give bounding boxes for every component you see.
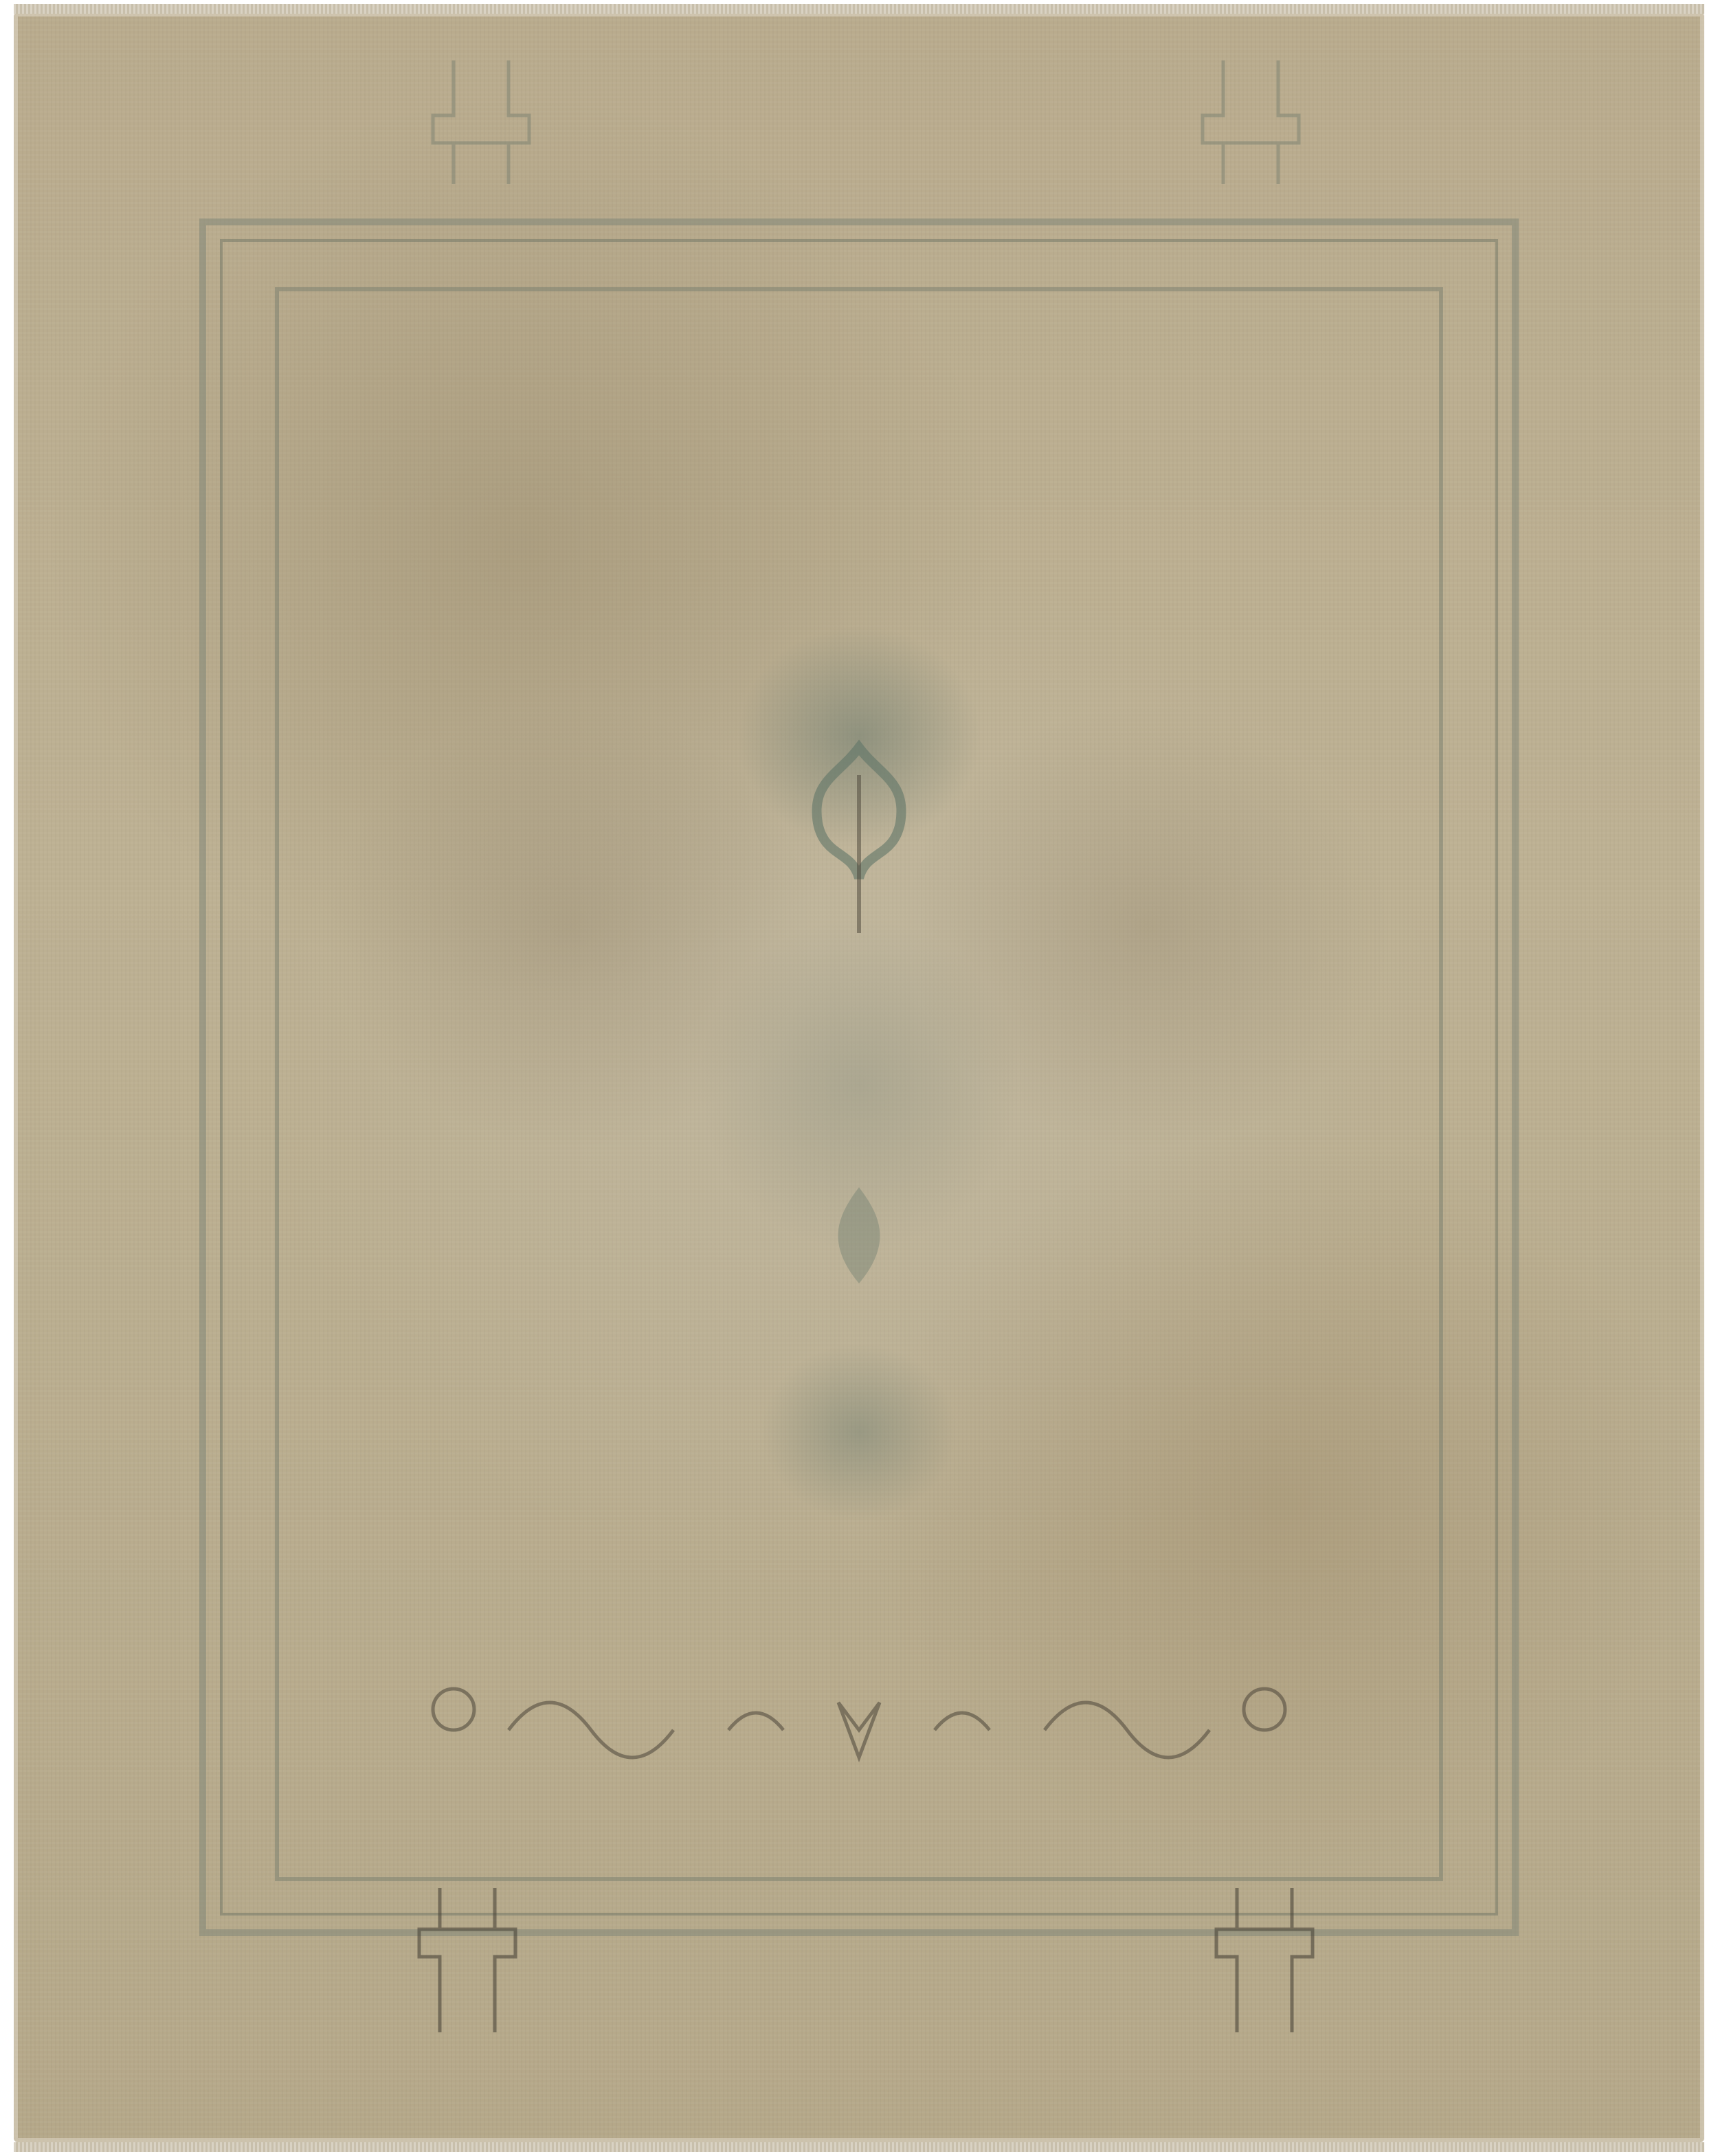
border-anchor-motif-bottom-right-icon — [1196, 1881, 1333, 2046]
lower-medallion-icon — [804, 1180, 914, 1290]
bottom-fringe — [14, 2142, 1704, 2152]
border-anchor-motif-bottom-left-icon — [399, 1881, 536, 2046]
top-fringe — [14, 4, 1704, 14]
border-anchor-motif-top-right-icon — [1182, 54, 1319, 191]
rug — [14, 12, 1704, 2142]
bottom-floral-row-icon — [302, 1627, 1416, 1833]
central-medallion-icon — [756, 734, 962, 940]
border-anchor-motif-top-left-icon — [412, 54, 550, 191]
